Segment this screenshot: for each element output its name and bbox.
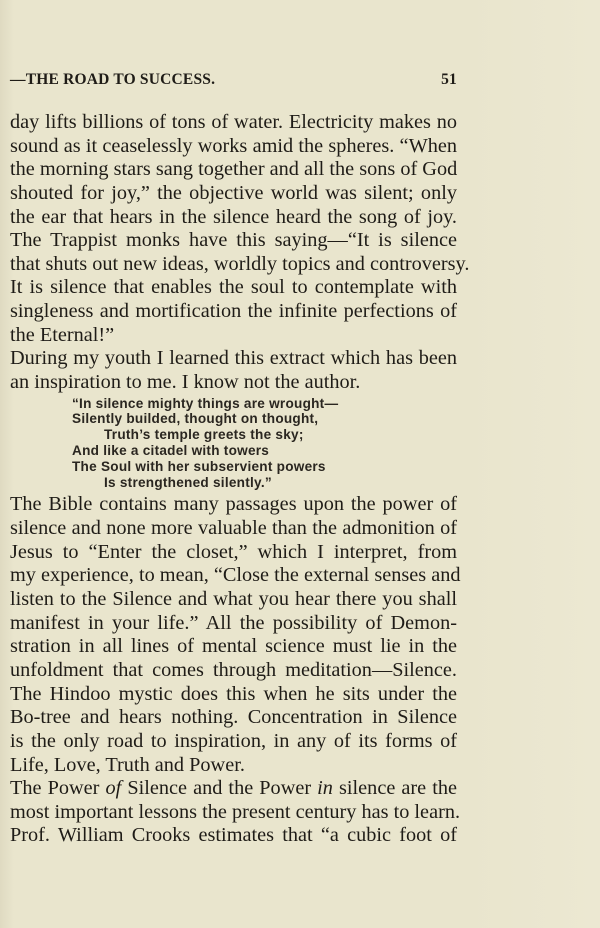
paragraph: day lifts billions of tons of water. Ele…: [10, 111, 457, 347]
page-body: day lifts billions of tons of water. Ele…: [10, 111, 457, 848]
verse-line: “In silence mighty things are wrought—: [72, 396, 457, 412]
text-run: Silence and the Power: [121, 777, 317, 799]
italic-word: of: [105, 777, 121, 799]
text-line: singleness and mortification the infinit…: [10, 300, 457, 324]
text-line: During my youth I learned this extract w…: [10, 347, 457, 371]
text-line: shouted for joy,” the objective world wa…: [10, 182, 457, 206]
paragraph: The Power of Silence and the Power in si…: [10, 777, 457, 848]
verse-line: And like a citadel with towers: [72, 443, 457, 459]
paragraph: During my youth I learned this extract w…: [10, 347, 457, 394]
text-line: The Bible contains many passages upon th…: [10, 493, 457, 517]
verse-line: Is strengthened silently.”: [72, 475, 457, 491]
text-run: The Power: [10, 777, 105, 799]
paragraph: The Bible contains many passages upon th…: [10, 493, 457, 777]
text-line: that shuts out new ideas, worldly topics…: [10, 253, 457, 277]
text-line: the ear that hears in the silence heard …: [10, 206, 457, 230]
text-line: The Hindoo mystic does this when he sits…: [10, 683, 457, 707]
verse-line: Silently builded, thought on thought,: [72, 411, 457, 427]
text-line: most important lessons the present centu…: [10, 801, 457, 825]
text-line: unfoldment that comes through meditation…: [10, 659, 457, 683]
text-line: It is silence that enables the soul to c…: [10, 276, 457, 300]
text-line: listen to the Silence and what you hear …: [10, 588, 457, 612]
verse-line: The Soul with her subservient powers: [72, 459, 457, 475]
text-line: sound as it ceaselessly works amid the s…: [10, 135, 457, 159]
text-line: stration in all lines of mental science …: [10, 635, 457, 659]
page-number: 51: [441, 71, 457, 89]
text-line: Jesus to “Enter the closet,” which I int…: [10, 541, 457, 565]
text-line: The Trappist monks have this saying—“It …: [10, 229, 457, 253]
text-line: Life, Love, Truth and Power.: [10, 754, 457, 778]
text-line: the Eternal!”: [10, 324, 457, 348]
italic-word: in: [317, 777, 333, 799]
text-line: an inspiration to me. I know not the aut…: [10, 371, 457, 395]
running-title: —THE ROAD TO SUCCESS.: [10, 71, 215, 89]
text-line: Prof. William Crooks estimates that “a c…: [10, 824, 457, 848]
text-run: silence are the: [333, 777, 457, 799]
text-line: Bo-tree and hears nothing. Concentration…: [10, 706, 457, 730]
text-line: The Power of Silence and the Power in si…: [10, 777, 457, 801]
verse-quotation: “In silence mighty things are wrought— S…: [72, 396, 457, 491]
running-header: —THE ROAD TO SUCCESS. 51: [10, 71, 457, 89]
text-line: my experience, to mean, “Close the exter…: [10, 564, 457, 588]
text-line: is the only road to inspiration, in any …: [10, 730, 457, 754]
text-line: manifest in your life.” All the possibil…: [10, 612, 457, 636]
text-line: silence and none more valuable than the …: [10, 517, 457, 541]
text-line: day lifts billions of tons of water. Ele…: [10, 111, 457, 135]
verse-line: Truth’s temple greets the sky;: [72, 427, 457, 443]
text-line: the morning stars sang together and all …: [10, 158, 457, 182]
